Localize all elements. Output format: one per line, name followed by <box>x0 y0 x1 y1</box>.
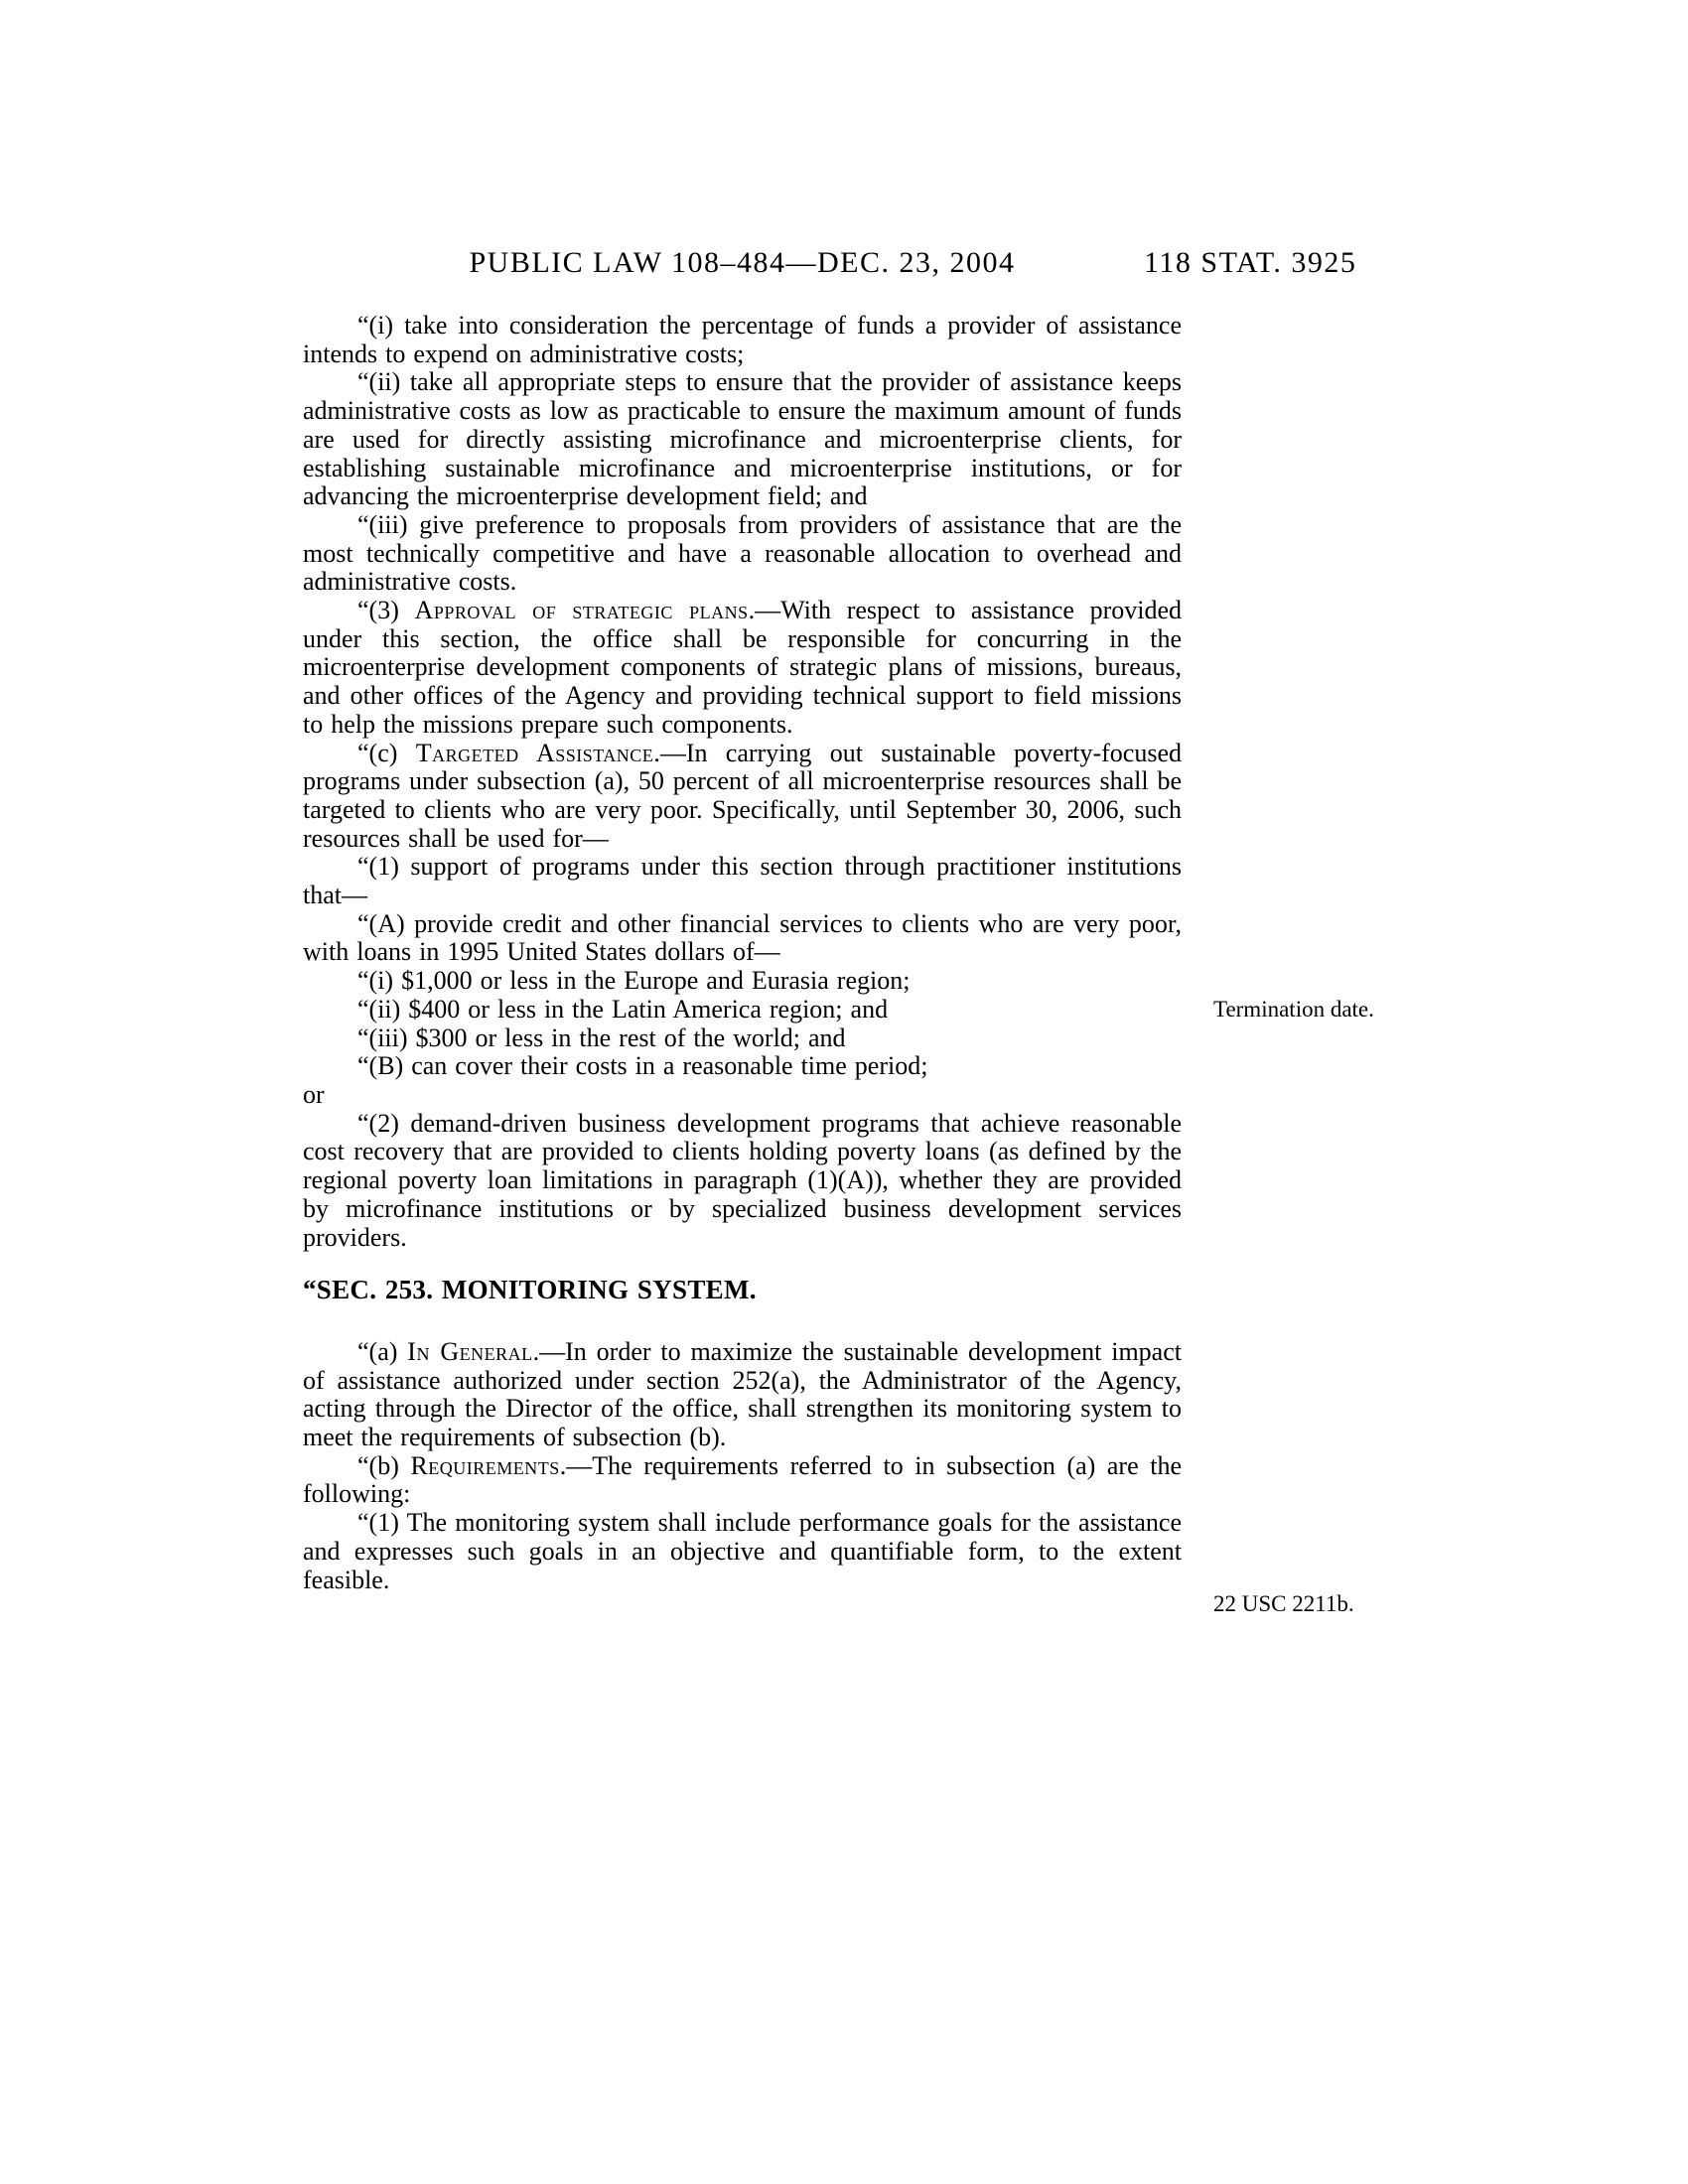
text-run: “(2) demand-driven business development … <box>303 1109 1182 1252</box>
statute-paragraph: “(B) can cover their costs in a reasonab… <box>303 1052 1182 1081</box>
statute-paragraph: “(ii) take all appropriate steps to ensu… <box>303 368 1182 511</box>
statute-paragraph: “(ii) $400 or less in the Latin America … <box>303 996 1182 1024</box>
statute-paragraph: “(c) Targeted Assistance.—In carrying ou… <box>303 740 1182 854</box>
statute-paragraph: or <box>303 1081 1182 1110</box>
text-run: “(3) <box>357 596 415 624</box>
statute-paragraph: “(b) Requirements.—The requirements refe… <box>303 1452 1182 1509</box>
text-run: “(ii) $400 or less in the Latin America … <box>357 995 888 1024</box>
statute-paragraph: “(1) The monitoring system shall include… <box>303 1509 1182 1594</box>
statute-page: { "header": { "law_line": "PUBLIC LAW 10… <box>0 0 1688 2184</box>
small-caps-text: Targeted Assistance <box>416 739 654 767</box>
running-head-stat-number: 118 STAT. 3925 <box>1144 246 1392 280</box>
text-run: “(a) <box>357 1337 407 1366</box>
text-run: “(b) <box>357 1451 410 1480</box>
text-run: “(c) <box>357 739 416 767</box>
text-run: “(1) The monitoring system shall include… <box>303 1508 1182 1593</box>
statute-paragraph: “(2) demand-driven business development … <box>303 1110 1182 1253</box>
section-heading: “SEC. 253. MONITORING SYSTEM. <box>303 1276 1182 1304</box>
statute-paragraph: “(1) support of programs under this sect… <box>303 853 1182 909</box>
statute-paragraph: “(3) Approval of strategic plans.—With r… <box>303 597 1182 740</box>
statute-paragraph: “(A) provide credit and other financial … <box>303 910 1182 967</box>
small-caps-text: Requirements <box>410 1451 559 1480</box>
running-head-law-title: PUBLIC LAW 108–484—DEC. 23, 2004 <box>303 246 1182 280</box>
margin-note-termination-date: Termination date. <box>1213 995 1377 1024</box>
text-run: “(B) can cover their costs in a reasonab… <box>357 1051 927 1080</box>
margin-note-usc-citation: 22 USC 2211b. <box>1213 1589 1377 1619</box>
text-run: or <box>303 1080 325 1109</box>
text-run: “(iii) $300 or less in the rest of the w… <box>357 1024 846 1052</box>
text-run: “(i) take into consideration the percent… <box>303 311 1182 368</box>
text-run: “(1) support of programs under this sect… <box>303 852 1182 909</box>
statute-paragraph: “(i) $1,000 or less in the Europe and Eu… <box>303 967 1182 996</box>
text-run: “(ii) take all appropriate steps to ensu… <box>303 367 1182 510</box>
statute-paragraph: “(iii) give preference to proposals from… <box>303 511 1182 597</box>
statute-paragraph: “(i) take into consideration the percent… <box>303 312 1182 368</box>
text-run: “(i) $1,000 or less in the Europe and Eu… <box>357 966 910 995</box>
text-run: “(iii) give preference to proposals from… <box>303 510 1182 596</box>
text-run: “SEC. 253. MONITORING SYSTEM. <box>303 1275 757 1304</box>
statute-paragraph: “(a) In General.—In order to maximize th… <box>303 1338 1182 1452</box>
statute-paragraph: “(iii) $300 or less in the rest of the w… <box>303 1024 1182 1053</box>
small-caps-text: Approval of strategic plans <box>415 596 749 624</box>
statute-body: “(i) take into consideration the percent… <box>303 312 1182 1594</box>
small-caps-text: In General <box>407 1337 532 1366</box>
text-run: “(A) provide credit and other financial … <box>303 909 1182 967</box>
